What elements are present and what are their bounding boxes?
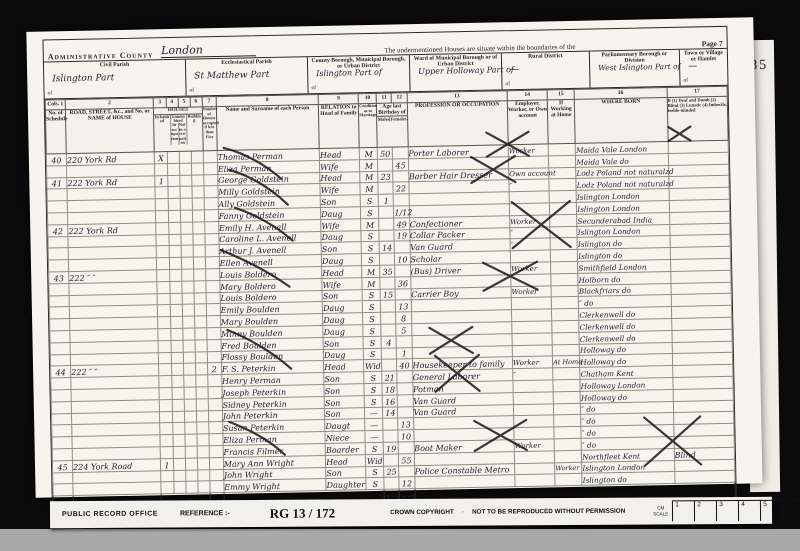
cell-employer: ″ — [510, 226, 550, 239]
rural-district-value: — — [510, 65, 519, 75]
cell-inhabited — [159, 387, 171, 399]
cell-uninhabited-occ — [168, 234, 180, 246]
cell-schedule — [47, 165, 67, 177]
cell-inhabited — [160, 411, 172, 423]
cell-age-male: 21 — [382, 371, 397, 383]
cell-rooms — [204, 186, 218, 198]
col-num: 6 — [190, 97, 202, 107]
cell-at-home — [555, 474, 582, 486]
cell-at-home — [552, 308, 579, 320]
cell-rooms — [208, 410, 222, 422]
cell-inhabited — [157, 246, 169, 258]
header-relation: RELATION to Head of Family — [318, 104, 359, 149]
of-word: of — [505, 81, 510, 87]
cell-uninhabited-occ — [168, 222, 180, 234]
cell-inhabited — [160, 399, 172, 411]
cell-building — [191, 163, 203, 175]
cell-condition: M — [360, 159, 378, 171]
cell-uninhabited-occ — [170, 328, 182, 340]
cell-at-home — [552, 332, 579, 344]
cell-schedule: 42 — [48, 224, 68, 236]
eccl-parish-value: St Matthew Part — [194, 70, 269, 82]
town-village-box: Town or Village or Hamlet — of — [680, 49, 728, 86]
cell-rooms — [205, 233, 219, 245]
county-borough-value: Islington Part of — [316, 68, 382, 78]
cell-relation: Daug — [321, 207, 361, 220]
civil-parish-value: Islington Part — [52, 73, 114, 84]
cell-building — [191, 174, 203, 186]
cell-condition: M — [362, 277, 380, 289]
cell-age-male — [381, 324, 396, 336]
header-where-born: WHERE BORN — [575, 98, 668, 144]
header-females: Females — [391, 117, 407, 122]
cell-age-male — [378, 182, 393, 194]
cell-condition: S — [361, 206, 379, 218]
cm-scale: CM SCALE 123456 — [653, 500, 800, 522]
header-rooms: Number of Rooms occupied if less than Fi… — [202, 107, 217, 151]
cell-uninhabited-not — [185, 481, 197, 493]
census-form: Administrative County London The underme… — [42, 26, 737, 530]
col-num: 15 — [547, 89, 574, 100]
cell-age-female — [396, 335, 411, 347]
cell-at-home — [553, 367, 580, 379]
cell-uninhabited-occ — [173, 458, 185, 470]
cell-schedule: 44 — [51, 366, 71, 378]
cell-inhabited — [159, 352, 171, 364]
cell-uninhabited-occ — [172, 423, 184, 435]
cell-at-home: Worker — [555, 462, 582, 474]
cell-relation: Wife — [320, 160, 360, 173]
cell-rooms — [203, 162, 217, 174]
cell-age-male — [382, 348, 397, 360]
enumeration-table: Cols. 1 2 3 4 5 6 7 8 9 10 11 12 13 14 1… — [45, 86, 736, 518]
cell-condition: S — [361, 242, 379, 254]
cell-age-male — [382, 359, 397, 371]
cell-age-female — [393, 147, 408, 159]
cell-uninhabited-occ — [168, 199, 180, 211]
cell-relation: Wife — [322, 277, 362, 290]
cell-uninhabited-occ — [171, 352, 183, 364]
header-age: Age last Birthday of — [377, 103, 406, 116]
cell-condition: M — [360, 147, 378, 159]
cell-inhabited — [160, 423, 172, 435]
cm-mark: 1 — [673, 500, 695, 521]
cell-inhabited — [158, 317, 170, 329]
cell-condition: M — [360, 171, 378, 183]
cell-inhabited: 1 — [155, 175, 167, 187]
cell-age-male: 14 — [379, 241, 394, 253]
cell-rooms: 2 — [207, 363, 221, 375]
cell-at-home — [553, 403, 580, 415]
cell-rooms — [203, 151, 217, 163]
cell-rooms — [209, 445, 223, 457]
cell-rooms — [204, 210, 218, 222]
pro-separator: · — [462, 509, 464, 516]
col-num: 3 — [154, 98, 166, 108]
cell-inhabited — [156, 211, 168, 223]
cell-condition: S — [363, 324, 381, 336]
cell-at-home — [554, 438, 581, 450]
cell-uninhabited-occ — [169, 281, 181, 293]
cell-uninhabited-not — [179, 175, 191, 187]
cell-employer — [513, 392, 553, 405]
cell-building — [195, 351, 207, 363]
cell-inhabited — [158, 340, 170, 352]
cell-schedule — [47, 213, 67, 225]
cell-inhabited: X — [155, 152, 167, 164]
cell-rooms — [205, 257, 219, 269]
cell-condition: M — [362, 265, 380, 277]
cell-rooms — [206, 316, 220, 328]
census-scan-viewer: { "document": { "admin_county_label": "A… — [0, 0, 800, 551]
cell-uninhabited-not — [183, 340, 195, 352]
cell-employer — [508, 156, 548, 169]
cell-uninhabited-occ — [169, 257, 181, 269]
cell-at-home — [550, 214, 577, 226]
cell-age-female — [394, 194, 409, 206]
cell-relation: Son — [322, 289, 362, 302]
cell-uninhabited-not — [182, 293, 194, 305]
cell-employer — [512, 344, 552, 357]
cell-relation: Wife — [320, 183, 360, 196]
cell-age-female: 40 — [397, 359, 412, 371]
cm-mark: 5 — [761, 500, 783, 521]
cell-employer — [514, 427, 554, 440]
cell-uninhabited-not — [181, 245, 193, 257]
cell-rooms — [207, 351, 221, 363]
cell-schedule — [52, 425, 72, 437]
cell-relation: Head — [319, 148, 359, 161]
cell-employer: ″ — [513, 368, 553, 381]
cell-rooms — [205, 245, 219, 257]
cell-uninhabited-occ — [171, 375, 183, 387]
cell-relation: Daug — [323, 325, 363, 338]
cell-schedule — [47, 189, 67, 201]
cell-rooms — [207, 375, 221, 387]
cell-age-female — [395, 241, 410, 253]
cell-employer — [510, 250, 550, 263]
cell-rooms — [203, 174, 217, 186]
cell-relation: Son — [324, 372, 364, 385]
cell-condition: S — [363, 312, 381, 324]
header-name: Name and Surname of each Person — [216, 105, 319, 151]
cell-at-home — [552, 320, 579, 332]
cell-at-home — [551, 273, 578, 285]
cell-uninhabited-occ — [171, 387, 183, 399]
cell-inhabited — [156, 222, 168, 234]
rural-district-label: Rural District — [504, 53, 587, 61]
cell-condition: S — [364, 371, 382, 383]
cell-at-home — [550, 226, 577, 238]
cell-uninhabited-not — [183, 363, 195, 375]
cell-age-female: 1 — [397, 347, 412, 359]
cell-building — [194, 292, 206, 304]
cell-relation: Daug — [323, 348, 363, 361]
cell-building — [194, 316, 206, 328]
cell-inhabited — [157, 281, 169, 293]
cell-uninhabited-not — [182, 304, 194, 316]
cell-rooms — [209, 457, 223, 469]
cell-building — [194, 328, 206, 340]
cell-age-male: 15 — [380, 289, 395, 301]
cell-age-female: 12 — [399, 477, 414, 489]
cell-age-male: 35 — [380, 265, 395, 277]
cell-uninhabited-not — [182, 328, 194, 340]
cell-schedule — [48, 236, 68, 248]
cell-age-male: 1 — [379, 194, 394, 206]
cell-rooms — [204, 198, 218, 210]
enumeration-rows: 40 220 York Rd X Thomas Perman Head M 50… — [46, 140, 735, 496]
cell-rooms — [207, 339, 221, 351]
cell-employer: ″ — [510, 238, 550, 251]
cell-inhabited — [156, 234, 168, 246]
cell-uninhabited-not — [185, 446, 197, 458]
cell-building — [192, 233, 204, 245]
cell-age-male — [380, 277, 395, 289]
cell-uninhabited-not — [183, 352, 195, 364]
cell-employer — [511, 297, 551, 310]
cell-uninhabited-not — [180, 222, 192, 234]
cell-condition: Wid — [366, 454, 384, 466]
cell-age-female: 8 — [396, 312, 411, 324]
cell-uninhabited-not — [181, 269, 193, 281]
cell-building — [197, 481, 209, 493]
cell-uninhabited-not — [184, 434, 196, 446]
cell-employer — [515, 462, 555, 475]
cell-at-home — [552, 344, 579, 356]
cell-at-home: At Home — [553, 356, 580, 368]
of-word: of — [683, 78, 688, 84]
header-road: ROAD, STREET, &c., and No. or NAME of HO… — [65, 108, 154, 154]
header-employer: Employer, Worker, or Own account — [507, 100, 548, 145]
cell-employer — [512, 333, 552, 346]
cell-uninhabited-occ — [171, 364, 183, 376]
cell-building — [197, 469, 209, 481]
cell-age-male — [381, 300, 396, 312]
cell-rooms — [206, 327, 220, 339]
cell-age-female: 22 — [393, 182, 408, 194]
cell-age-female — [398, 406, 413, 418]
cell-uninhabited-occ — [169, 246, 181, 258]
cell-relation: Daug — [321, 230, 361, 243]
cell-inhabited: 1 — [161, 458, 173, 470]
cell-relation: Daug — [322, 301, 362, 314]
cell-inhabited — [158, 293, 170, 305]
cell-schedule — [50, 342, 70, 354]
col-num: 11 — [376, 93, 391, 103]
header-uninhabited-group: Uninhabited In occupation Not in occupat… — [171, 114, 188, 145]
cell-uninhabited-not — [180, 210, 192, 222]
cell-schedule — [51, 413, 71, 425]
cell-condition: S — [362, 289, 380, 301]
cell-relation: Daug — [321, 254, 361, 267]
cell-age-female: 19 — [394, 229, 409, 241]
cell-schedule: 41 — [47, 177, 67, 189]
cell-age-female — [393, 170, 408, 182]
cell-uninhabited-occ — [167, 163, 179, 175]
cell-age-female — [397, 383, 412, 395]
cell-inhabited — [157, 258, 169, 270]
cell-building — [196, 387, 208, 399]
cell-age-male — [383, 430, 398, 442]
cell-condition: S — [366, 478, 384, 490]
cell-age-male — [383, 418, 398, 430]
cell-relation: Son — [323, 336, 363, 349]
cell-schedule — [50, 354, 70, 366]
cell-condition: M — [361, 218, 379, 230]
cell-uninhabited-occ — [170, 305, 182, 317]
of-word: of — [47, 90, 52, 96]
cell-schedule — [47, 201, 67, 213]
cell-at-home — [549, 191, 576, 203]
cell-uninhabited-occ — [167, 175, 179, 187]
header-males: Males — [377, 117, 390, 122]
cell-uninhabited-not — [180, 198, 192, 210]
cell-age-female — [398, 394, 413, 406]
cell-age-female: 1/12 — [394, 206, 409, 218]
cell-age-female — [395, 288, 410, 300]
cell-schedule — [48, 248, 68, 260]
cell-building — [192, 222, 204, 234]
civil-parish-label: Civil Parish — [46, 61, 183, 70]
cell-schedule — [49, 283, 69, 295]
cell-at-home — [554, 426, 581, 438]
county-borough-box: County Borough, Municipal Borough, or Ur… — [308, 55, 411, 93]
cell-inhabited — [161, 446, 173, 458]
cell-relation: Son — [325, 407, 365, 420]
cell-building — [197, 458, 209, 470]
cell-building — [197, 434, 209, 446]
cell-condition: S — [366, 466, 384, 478]
cell-uninhabited-occ — [171, 340, 183, 352]
header-infirmity: If (1) Deaf and Dumb (2) Blind (3) Lunat… — [667, 96, 728, 141]
cell-schedule — [50, 319, 70, 331]
cell-rooms — [209, 469, 223, 481]
cell-condition: S — [362, 253, 380, 265]
cell-age-male — [384, 454, 399, 466]
cell-condition: S — [361, 230, 379, 242]
cell-condition: Wid — [364, 360, 382, 372]
cell-at-home — [554, 450, 581, 462]
cell-at-home — [551, 297, 578, 309]
cell-age-female — [395, 265, 410, 277]
cell-employer: Worker — [508, 144, 548, 157]
cell-employer: Worker — [512, 356, 552, 369]
cell-building — [196, 399, 208, 411]
pro-office-label: PUBLIC RECORD OFFICE — [62, 511, 158, 519]
cell-schedule — [51, 401, 71, 413]
cell-inhabited — [158, 328, 170, 340]
cell-rooms — [205, 269, 219, 281]
cell-at-home — [551, 261, 578, 273]
cell-age-female: 13 — [396, 300, 411, 312]
cell-age-female: 49 — [394, 218, 409, 230]
cell-relation: Head — [324, 360, 364, 373]
cell-employer — [512, 321, 552, 334]
cell-employer — [513, 380, 553, 393]
cell-employer — [509, 203, 549, 216]
cell-uninhabited-not — [184, 411, 196, 423]
cell-building — [192, 198, 204, 210]
header-building: Building — [187, 114, 203, 145]
cell-at-home — [550, 250, 577, 262]
cell-condition: S — [365, 442, 383, 454]
cell-schedule: 45 — [52, 460, 72, 472]
cell-uninhabited-occ — [173, 470, 185, 482]
ecclesiastical-parish-box: Ecclesiastical Parish St Matthew Part of — [186, 57, 309, 95]
cell-relation: Son — [324, 395, 364, 408]
cell-relation: Daughter — [326, 478, 366, 491]
cell-schedule — [50, 331, 70, 343]
cell-condition: S — [363, 336, 381, 348]
cell-building — [195, 340, 207, 352]
cell-age-male — [379, 206, 394, 218]
cell-uninhabited-occ — [173, 446, 185, 458]
cell-relation: Son — [326, 466, 366, 479]
cell-rooms — [204, 221, 218, 233]
cell-rooms — [206, 292, 220, 304]
cell-age-male — [380, 253, 395, 265]
cell-condition: S — [364, 395, 382, 407]
cell-inhabited — [155, 163, 167, 175]
cell-inhabited — [159, 364, 171, 376]
cell-schedule — [51, 378, 71, 390]
page-number-label: Page 7 — [702, 39, 723, 48]
cell-condition: S — [364, 348, 382, 360]
town-village-value: — — [688, 61, 697, 71]
cell-age-male — [381, 312, 396, 324]
col-num: 12 — [392, 93, 407, 103]
cell-inhabited — [155, 187, 167, 199]
cell-rooms — [208, 398, 222, 410]
header-at-home: If Working at Home — [547, 99, 575, 144]
cell-inhabited — [157, 270, 169, 282]
cell-age-male: 25 — [384, 465, 399, 477]
cell-age-female: 5 — [396, 324, 411, 336]
parliamentary-borough-value: West Islington Part of — [598, 62, 680, 73]
cell-relation: Son — [321, 242, 361, 255]
cell-employer: Worker — [511, 285, 551, 298]
cell-at-home — [549, 202, 576, 214]
cell-inhabited — [159, 376, 171, 388]
cell-relation: Daugt — [325, 419, 365, 432]
cell-employer: ″ — [509, 179, 549, 192]
cell-at-home — [551, 285, 578, 297]
cell-age-male — [378, 159, 393, 171]
cell-at-home — [554, 415, 581, 427]
rural-district-box: Rural District — of — [502, 52, 591, 90]
header-houses-group: HOUSES In-habited Uninhabited In occupat… — [154, 107, 203, 152]
cell-age-female: 10 — [395, 253, 410, 265]
civil-parish-box: Civil Parish Islington Part of — [44, 60, 187, 99]
pro-copyright: CROWN COPYRIGHT — [390, 509, 454, 516]
cell-age-male — [379, 218, 394, 230]
cell-schedule — [53, 472, 73, 484]
cell-age-male: 18 — [382, 383, 397, 395]
header-schedule: No. of Schedule — [45, 110, 66, 154]
cm-mark: 3 — [717, 500, 739, 521]
cell-rooms — [210, 481, 224, 493]
cell-rooms — [209, 434, 223, 446]
cell-employer — [511, 309, 551, 322]
cell-building — [193, 281, 205, 293]
cell-uninhabited-not — [181, 281, 193, 293]
cell-uninhabited-occ — [168, 210, 180, 222]
cell-age-male: 14 — [383, 407, 398, 419]
cm-mark: 6 — [783, 500, 800, 521]
ward-box: Ward of Municipal Borough or of Urban Di… — [410, 53, 503, 91]
cell-age-male — [384, 477, 399, 489]
